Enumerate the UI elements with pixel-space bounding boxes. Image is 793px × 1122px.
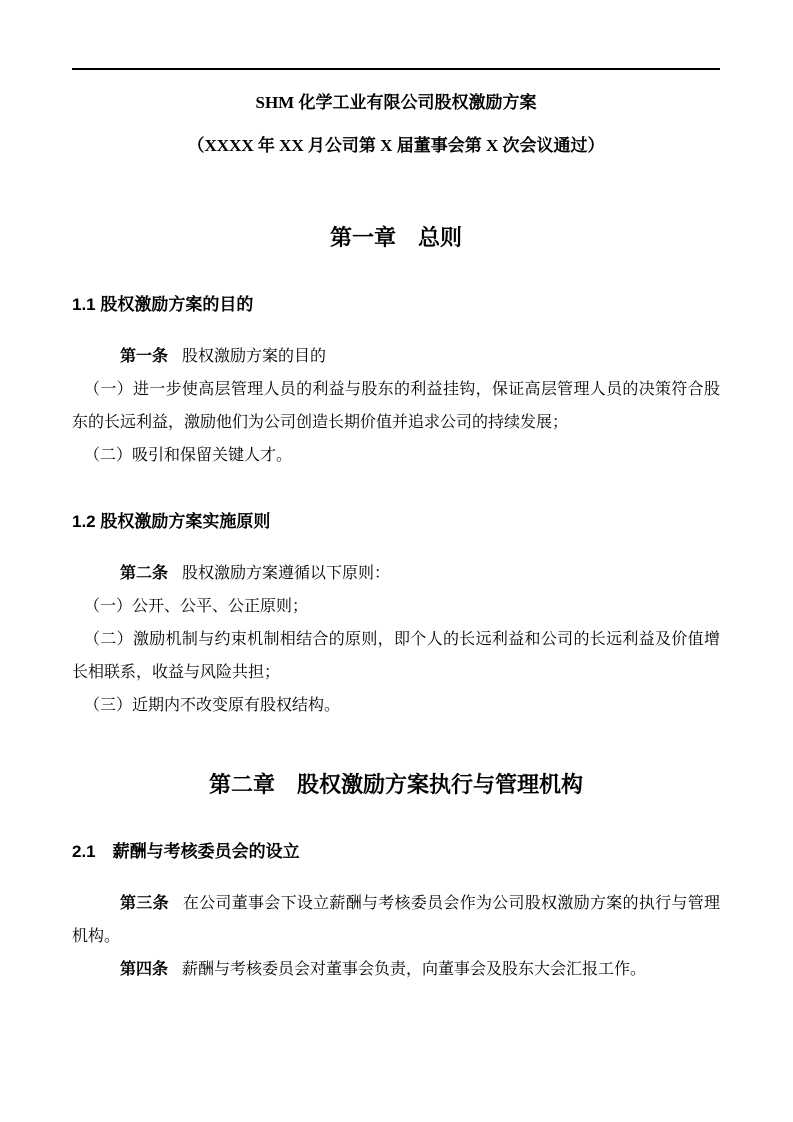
article-label: 第四条 bbox=[120, 961, 168, 978]
paragraph-text: 股权激励方案的目的 bbox=[182, 348, 326, 365]
doc-subtitle: （XXXX 年 XX 月公司第 X 届董事会第 X 次会议通过） bbox=[72, 133, 720, 159]
paragraph-text: （二）激励机制与约束机制相结合的原则，即个人的长远利益和公司的长远利益及价值增长… bbox=[72, 631, 720, 681]
article-paragraph: 第三条在公司董事会下设立薪酬与考核委员会作为公司股权激励方案的执行与管理机构。 bbox=[72, 887, 720, 953]
doc-title: SHM 化学工业有限公司股权激励方案 bbox=[72, 90, 720, 116]
item-paragraph: （一）进一步使高层管理人员的利益与股东的利益挂钩，保证高层管理人员的决策符合股东… bbox=[72, 373, 720, 439]
section-1-1-heading: 1.1 股权激励方案的目的 bbox=[72, 291, 720, 318]
section-2-1-heading: 2.1 薪酬与考核委员会的设立 bbox=[72, 838, 720, 865]
item-paragraph: （二）吸引和保留关键人才。 bbox=[72, 439, 720, 472]
article-label: 第三条 bbox=[120, 895, 169, 912]
section-1-2-heading: 1.2 股权激励方案实施原则 bbox=[72, 508, 720, 535]
paragraph-text: 薪酬与考核委员会对董事会负责，向董事会及股东大会汇报工作。 bbox=[182, 961, 646, 978]
article-label: 第一条 bbox=[120, 348, 168, 365]
paragraph-text: （一）公开、公平、公正原则； bbox=[84, 598, 308, 615]
paragraph-text: （二）吸引和保留关键人才。 bbox=[84, 447, 292, 464]
document-content: SHM 化学工业有限公司股权激励方案 （XXXX 年 XX 月公司第 X 届董事… bbox=[0, 90, 793, 986]
article-label: 第二条 bbox=[120, 565, 168, 582]
paragraph-text: （三）近期内不改变原有股权结构。 bbox=[84, 697, 340, 714]
header-rule bbox=[72, 0, 720, 70]
paragraph-text: 股权激励方案遵循以下原则： bbox=[182, 565, 390, 582]
chapter-2-heading: 第二章 股权激励方案执行与管理机构 bbox=[72, 768, 720, 802]
item-paragraph: （一）公开、公平、公正原则； bbox=[72, 590, 720, 623]
item-paragraph: （三）近期内不改变原有股权结构。 bbox=[72, 689, 720, 722]
article-paragraph: 第四条薪酬与考核委员会对董事会负责，向董事会及股东大会汇报工作。 bbox=[72, 953, 720, 986]
article-paragraph: 第一条股权激励方案的目的 bbox=[72, 340, 720, 373]
paragraph-text: 在公司董事会下设立薪酬与考核委员会作为公司股权激励方案的执行与管理机构。 bbox=[72, 895, 720, 945]
item-paragraph: （二）激励机制与约束机制相结合的原则，即个人的长远利益和公司的长远利益及价值增长… bbox=[72, 623, 720, 689]
document-page: SHM 化学工业有限公司股权激励方案 （XXXX 年 XX 月公司第 X 届董事… bbox=[0, 0, 793, 1122]
chapter-1-heading: 第一章 总则 bbox=[72, 221, 720, 255]
article-paragraph: 第二条股权激励方案遵循以下原则： bbox=[72, 557, 720, 590]
paragraph-text: （一）进一步使高层管理人员的利益与股东的利益挂钩，保证高层管理人员的决策符合股东… bbox=[72, 381, 720, 431]
